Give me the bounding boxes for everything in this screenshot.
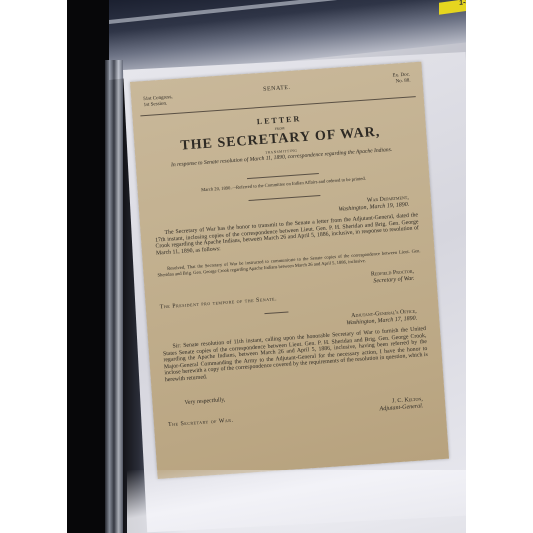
doc-no: No. 88. <box>393 78 411 85</box>
doc-number: Ex. Doc. No. 88. <box>392 72 410 85</box>
addressee-secretary: The Secretary of War. <box>168 418 234 429</box>
letter-paragraph-2: Sir: Senate resolution of 11th instant, … <box>162 326 428 384</box>
chamber: SENATE. <box>139 76 415 101</box>
plastic-sleeve-edge <box>105 60 123 533</box>
session: 1st Session. <box>144 101 174 109</box>
tag-text: 1-800 <box>459 0 466 7</box>
divider <box>264 312 288 315</box>
dark-background <box>67 0 109 533</box>
addressee-president: The President pro tempore of the Senate. <box>160 296 278 310</box>
signature-kelton: J. C. Kelton, Adjutant-General. <box>379 396 424 413</box>
sig1-title: Secretary of War. <box>371 276 415 286</box>
plastic-sheen <box>127 470 466 533</box>
war-department-dateline: War Department, Washington, March 19, 18… <box>338 195 410 214</box>
senate-document: 51st Congress, 1st Session. SENATE. Ex. … <box>130 62 449 479</box>
photo: 1-800 51st Congress, 1st Session. SENATE… <box>67 0 466 533</box>
adjutant-office-dateline: Adjutant-General's Office, Washington, M… <box>346 309 418 328</box>
signature-proctor: Redfield Proctor, Secretary of War. <box>371 269 415 286</box>
divider <box>247 173 319 179</box>
divider <box>249 195 321 201</box>
